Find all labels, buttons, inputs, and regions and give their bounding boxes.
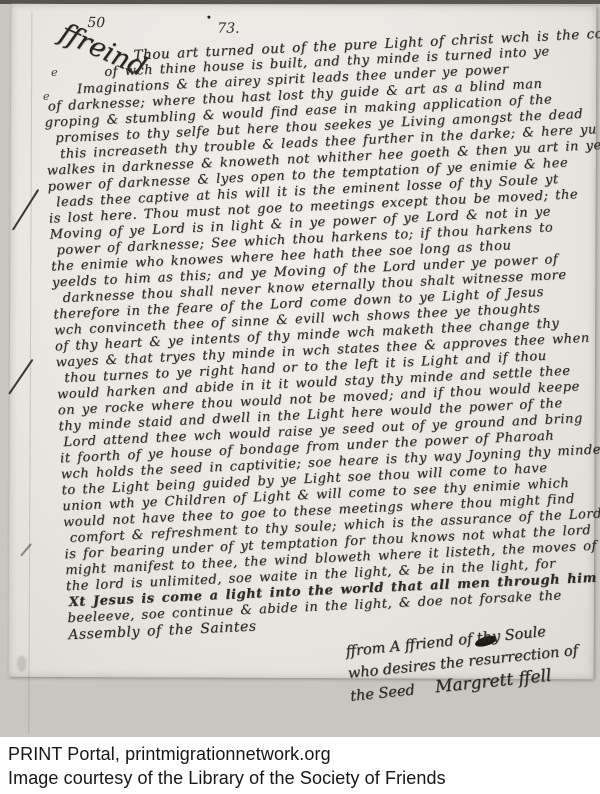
ink-dot bbox=[207, 16, 210, 19]
page-number-left: 50 bbox=[87, 15, 105, 31]
caption-band: PRINT Portal, printmigrationnetwork.org … bbox=[0, 737, 600, 794]
closing-line-prefix: the Seed bbox=[350, 682, 416, 704]
caption-source-line: PRINT Portal, printmigrationnetwork.org bbox=[8, 742, 600, 766]
scanned-manuscript-image: ffreind 50 73. e e Thou art turned out o… bbox=[0, 0, 600, 737]
manuscript-paper: ffreind 50 73. e e Thou art turned out o… bbox=[9, 4, 597, 680]
manuscript-body-text: Thou art turned out of the pure Light of… bbox=[41, 27, 600, 644]
caption-courtesy-line: Image courtesy of the Library of the Soc… bbox=[8, 766, 600, 790]
paper-fold-crease bbox=[28, 12, 32, 734]
paper-stain bbox=[17, 656, 27, 672]
margin-stroke bbox=[20, 543, 32, 557]
closing-signature-block: ffrom A ffriend of thy Soule who desires… bbox=[345, 616, 600, 708]
page-number-center: 73. bbox=[217, 21, 239, 37]
margin-stroke bbox=[12, 189, 39, 231]
screenshot-root: ffreind 50 73. e e Thou art turned out o… bbox=[0, 0, 600, 794]
